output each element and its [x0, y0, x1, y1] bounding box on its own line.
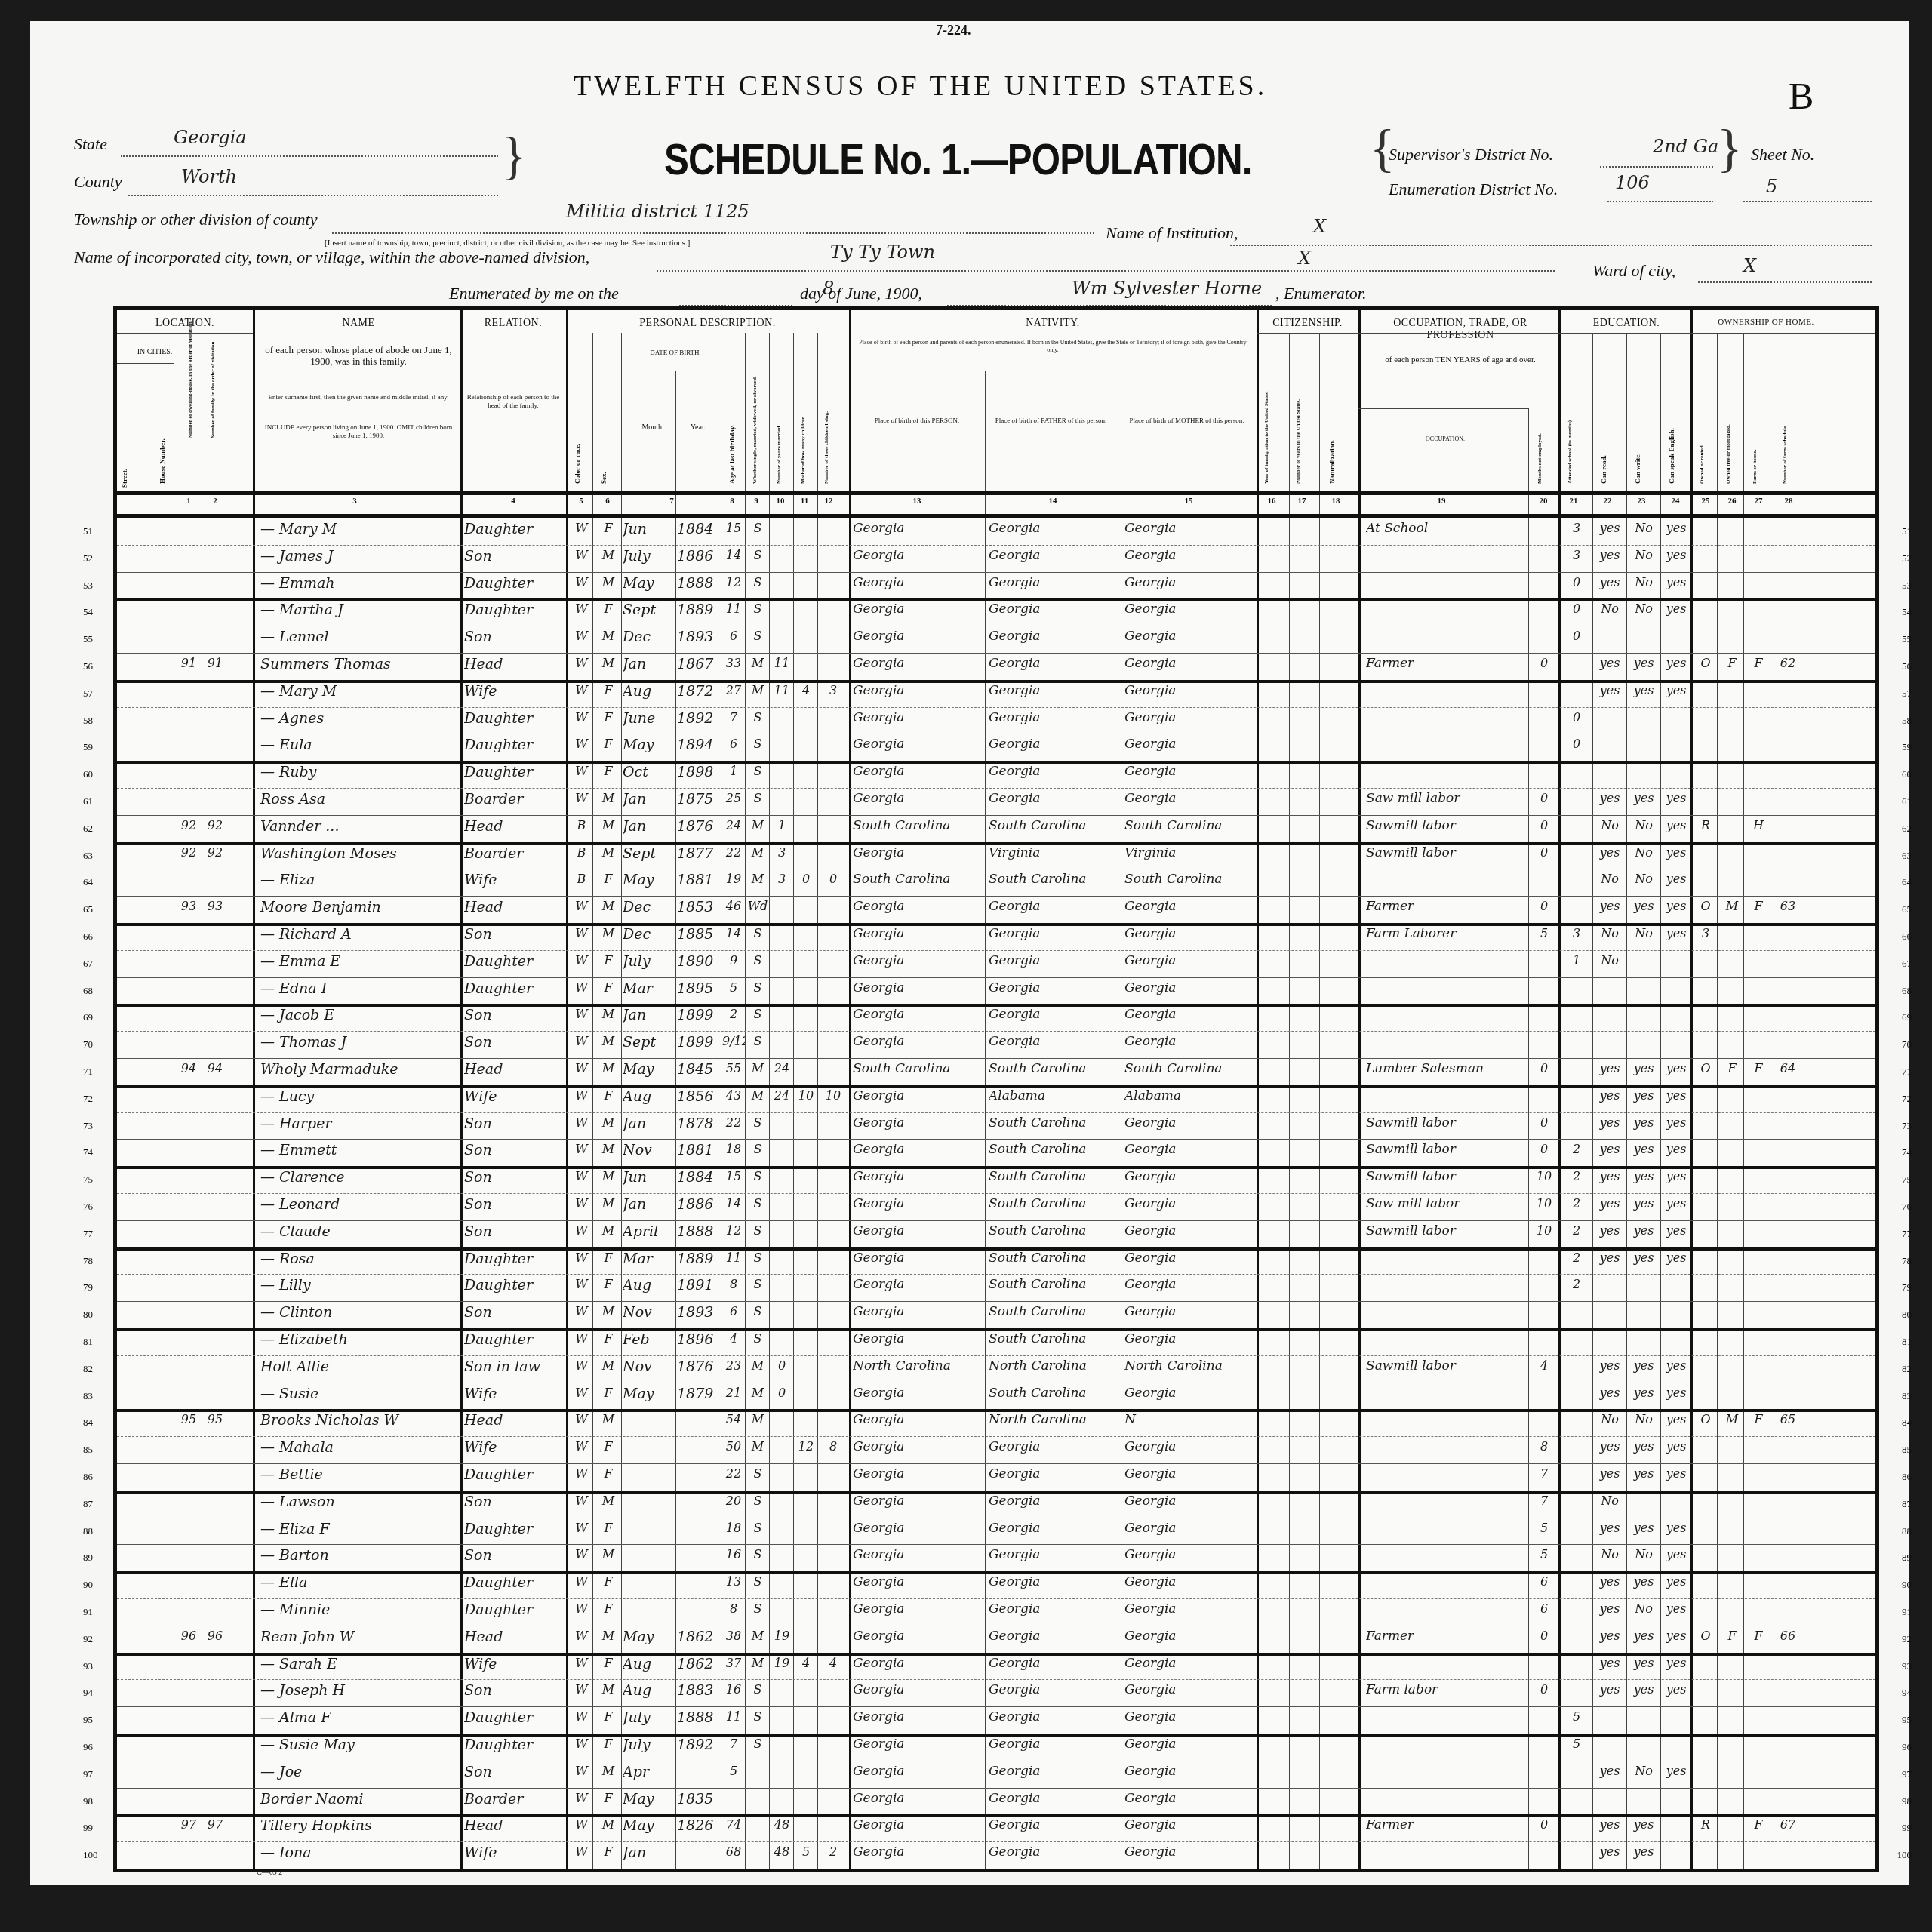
birthplace-mother-cell: Georgia: [1124, 980, 1254, 995]
table-row: 6666— Richard ASonWMDec188514SGeorgiaGeo…: [117, 923, 1875, 951]
relation-cell: Daughter: [464, 953, 564, 970]
birth-year-cell: 1899: [677, 1034, 721, 1051]
sheet-field[interactable]: 5: [1766, 176, 1777, 197]
family-number: 97: [204, 1817, 226, 1832]
birthplace-person-cell: Georgia: [853, 1547, 983, 1562]
birth-person-header: Place of birth of this PERSON.: [853, 416, 981, 425]
marital-cell: S: [746, 1277, 769, 1291]
marital-cell: S: [746, 575, 769, 589]
enumerated-month-label: day of June, 1900,: [800, 284, 922, 303]
farm-schedule-cell: 67: [1773, 1817, 1803, 1832]
months-unemployed-cell: 7: [1532, 1494, 1556, 1508]
dwelling-number: 92: [177, 818, 200, 832]
color-cell: W: [572, 1791, 591, 1805]
birthplace-person-cell: Georgia: [853, 1629, 983, 1644]
birthplace-father-cell: Georgia: [989, 548, 1118, 563]
can-read-cell: yes: [1595, 1196, 1625, 1211]
line-number-left: 72: [83, 1093, 93, 1105]
marital-cell: S: [746, 1547, 769, 1561]
line-number-left: 92: [83, 1633, 93, 1645]
color-cell: W: [572, 1764, 591, 1778]
name-desc: of each person whose place of abode on J…: [264, 344, 453, 367]
color-cell: W: [572, 1629, 591, 1643]
name-cell: — Mary M: [260, 521, 458, 537]
birth-month-cell: Jan: [623, 656, 675, 672]
enumerator-label: , Enumerator.: [1275, 284, 1366, 303]
birthplace-mother-cell: Georgia: [1124, 1494, 1254, 1509]
relation-cell: Daughter: [464, 521, 564, 537]
birthplace-mother-cell: Georgia: [1124, 1764, 1254, 1779]
birthplace-person-cell: Georgia: [853, 1115, 983, 1131]
color-cell: W: [572, 791, 591, 805]
birthplace-father-cell: Georgia: [989, 1439, 1118, 1454]
school-months-cell: 0: [1562, 575, 1591, 589]
line-number-left: 86: [83, 1471, 93, 1483]
can-read-cell: No: [1595, 1494, 1625, 1508]
name-cell: — Mary M: [260, 683, 458, 700]
birth-year-cell: 1867: [677, 656, 721, 672]
relation-cell: Boarder: [464, 845, 564, 862]
months-unemployed-cell: 4: [1532, 1358, 1556, 1373]
children-living-cell: 2: [819, 1844, 848, 1859]
name-cell: Border Naomi: [260, 1791, 458, 1807]
months-unemployed-cell: 0: [1532, 1142, 1556, 1156]
speak-english-cell: yes: [1663, 1629, 1690, 1643]
marital-cell: S: [746, 1007, 769, 1021]
can-read-cell: yes: [1595, 1682, 1625, 1697]
speak-english-cell: yes: [1663, 1764, 1690, 1778]
color-cell: W: [572, 683, 591, 697]
sex-cell: F: [597, 953, 620, 968]
school-months-cell: 1: [1562, 953, 1591, 968]
birthplace-mother-cell: Georgia: [1124, 1547, 1254, 1562]
birth-year-cell: 1876: [677, 818, 721, 835]
sex-cell: F: [597, 601, 620, 616]
can-read-cell: yes: [1595, 1115, 1625, 1130]
occupation-cell: At School: [1366, 521, 1526, 536]
line-number-left: 54: [83, 606, 93, 618]
relation-cell: Son: [464, 1547, 564, 1564]
table-row: 100100— IonaWifeWFJan684852GeorgiaGeorgi…: [117, 1841, 1875, 1869]
birth-year-cell: 1892: [677, 710, 721, 727]
birthplace-father-cell: Georgia: [989, 601, 1118, 617]
marital-cell: S: [746, 1494, 769, 1508]
line-number-left: 71: [83, 1066, 93, 1078]
table-row: 8383— SusieWifeWFMay187921M0GeorgiaSouth…: [117, 1383, 1875, 1413]
line-number-left: 80: [83, 1309, 93, 1321]
marital-cell: S: [746, 1034, 769, 1048]
name-cell: Moore Benjamin: [260, 899, 458, 915]
township-field[interactable]: Militia district 1125: [566, 201, 749, 222]
group-location: LOCATION.: [117, 318, 253, 330]
color-cell: W: [572, 656, 591, 670]
birthplace-father-cell: Georgia: [989, 1737, 1118, 1752]
can-read-cell: No: [1595, 926, 1625, 940]
occupation-cell: Farmer: [1366, 656, 1526, 671]
can-read-cell: yes: [1595, 845, 1625, 860]
color-cell: W: [572, 1304, 591, 1318]
can-write-cell: yes: [1629, 1196, 1659, 1211]
name-cell: — Agnes: [260, 710, 458, 727]
birthplace-father-cell: South Carolina: [989, 1386, 1118, 1401]
age-cell: 9: [722, 953, 745, 968]
birthplace-father-cell: Georgia: [989, 1521, 1118, 1536]
supervisor-field[interactable]: 2nd Ga: [1653, 136, 1718, 157]
years-married-cell: 0: [771, 1386, 793, 1400]
table-row: 6060— RubyDaughterWFOct18981SGeorgiaGeor…: [117, 761, 1875, 789]
name-cell: — Richard A: [260, 926, 458, 943]
birth-month-cell: Nov: [623, 1304, 675, 1321]
can-read-cell: No: [1595, 1547, 1625, 1561]
birthplace-father-cell: South Carolina: [989, 1277, 1118, 1292]
color-cell: W: [572, 1521, 591, 1535]
line-number-right: 97: [1902, 1768, 1912, 1780]
line-number-right: 64: [1902, 876, 1912, 888]
marital-cell: S: [746, 1521, 769, 1535]
ward-field[interactable]: X: [1743, 255, 1756, 276]
birthplace-person-cell: Georgia: [853, 1656, 983, 1671]
birthplace-father-cell: Georgia: [989, 926, 1118, 941]
birthplace-mother-cell: South Carolina: [1124, 818, 1254, 833]
county-field[interactable]: Worth: [181, 166, 237, 187]
name-cell: — Joe: [260, 1764, 458, 1780]
can-read-cell: yes: [1595, 899, 1625, 913]
relation-cell: Son: [464, 1142, 564, 1158]
color-cell: W: [572, 1142, 591, 1156]
can-read-cell: yes: [1595, 1521, 1625, 1535]
marital-cell: M: [746, 845, 769, 860]
can-read-cell: yes: [1595, 1817, 1625, 1832]
relation-cell: Daughter: [464, 601, 564, 618]
vh-write: Can write.: [1634, 423, 1641, 484]
occupation-cell: Saw mill labor: [1366, 1196, 1526, 1211]
birthplace-person-cell: Georgia: [853, 791, 983, 806]
table-row: 7070— Thomas JSonWMSept18999/12SGeorgiaG…: [117, 1031, 1875, 1059]
line-number-left: 64: [83, 876, 93, 888]
table-row: 5757— Mary MWifeWFAug187227M1143GeorgiaG…: [117, 680, 1875, 708]
sheet-label: Sheet No.: [1751, 145, 1814, 165]
mother-of-cell: 4: [795, 1656, 817, 1670]
table-row: 7777— ClaudeSonWMApril188812SGeorgiaSout…: [117, 1220, 1875, 1251]
line-number-right: 82: [1902, 1363, 1912, 1375]
birth-year-cell: 1890: [677, 953, 721, 970]
age-cell: 55: [722, 1061, 745, 1075]
table-row: 9494— Joseph HSonWMAug188316SGeorgiaGeor…: [117, 1679, 1875, 1707]
age-cell: 14: [722, 1196, 745, 1211]
line-number-left: 78: [83, 1255, 93, 1267]
color-cell: W: [572, 1196, 591, 1211]
table-row: 7878— RosaDaughterWFMar188911SGeorgiaSou…: [117, 1247, 1875, 1275]
can-read-cell: yes: [1595, 791, 1625, 805]
county-label: County: [74, 172, 122, 192]
can-write-cell: yes: [1629, 1251, 1659, 1265]
months-unemployed-cell: 0: [1532, 1682, 1556, 1697]
birthplace-mother-cell: Georgia: [1124, 1169, 1254, 1184]
birthplace-mother-cell: Georgia: [1124, 1115, 1254, 1131]
free-mortgaged-cell: F: [1721, 656, 1743, 670]
name-cell: — Clinton: [260, 1304, 458, 1321]
birthplace-person-cell: Georgia: [853, 1331, 983, 1346]
birth-month-cell: July: [623, 953, 675, 970]
age-cell: 6: [722, 1304, 745, 1318]
enumerator-field[interactable]: Wm Sylvester Horne: [1072, 278, 1262, 299]
vh-sex: Sex.: [600, 454, 608, 484]
marital-cell: M: [746, 1629, 769, 1643]
marital-cell: M: [746, 1386, 769, 1400]
can-write-cell: No: [1629, 1601, 1659, 1616]
enumeration-label: Enumeration District No.: [1389, 180, 1558, 199]
owned-rented-cell: O: [1694, 1412, 1717, 1426]
line-number-right: 57: [1902, 688, 1912, 700]
years-married-cell: 24: [771, 1088, 793, 1103]
line-number-left: 100: [83, 1849, 98, 1861]
table-row: 8585— MahalaWifeWF50M128GeorgiaGeorgiaGe…: [117, 1436, 1875, 1464]
children-living-cell: 4: [819, 1656, 848, 1670]
birthplace-person-cell: Georgia: [853, 764, 983, 779]
can-write-cell: yes: [1629, 683, 1659, 697]
name-cell: — Barton: [260, 1547, 458, 1564]
color-cell: W: [572, 1844, 591, 1859]
birthplace-mother-cell: Georgia: [1124, 1629, 1254, 1644]
can-read-cell: yes: [1595, 1169, 1625, 1183]
birthplace-father-cell: Georgia: [989, 1817, 1118, 1832]
marital-cell: S: [746, 1115, 769, 1130]
marital-cell: S: [746, 953, 769, 968]
color-cell: W: [572, 1277, 591, 1291]
school-months-cell: 0: [1562, 737, 1591, 751]
can-read-cell: yes: [1595, 1358, 1625, 1373]
school-months-cell: 0: [1562, 710, 1591, 724]
birthplace-mother-cell: Georgia: [1124, 1223, 1254, 1238]
can-read-cell: yes: [1595, 1764, 1625, 1778]
vh-english: Can speak English.: [1668, 386, 1675, 484]
age-cell: 2: [722, 1007, 745, 1021]
line-number-left: 70: [83, 1038, 93, 1051]
birthplace-father-cell: Virginia: [989, 845, 1118, 860]
color-cell: B: [572, 845, 591, 860]
color-cell: W: [572, 601, 591, 616]
marital-cell: S: [746, 1601, 769, 1616]
color-cell: W: [572, 899, 591, 913]
name-cell: — Jacob E: [260, 1007, 458, 1023]
line-number-right: 61: [1902, 795, 1912, 808]
name-cell: — Minnie: [260, 1601, 458, 1618]
can-read-cell: No: [1595, 1412, 1625, 1426]
birth-year-cell: 1898: [677, 764, 721, 780]
birthplace-person-cell: Georgia: [853, 1601, 983, 1617]
color-cell: W: [572, 1439, 591, 1454]
marital-cell: M: [746, 683, 769, 697]
line-number-right: 96: [1902, 1741, 1912, 1753]
name-cell: Ross Asa: [260, 791, 458, 808]
line-number-right: 95: [1902, 1714, 1912, 1726]
can-write-cell: No: [1629, 1764, 1659, 1778]
age-cell: 12: [722, 575, 745, 589]
relation-cell: Son: [464, 1682, 564, 1699]
state-field[interactable]: Georgia: [174, 127, 247, 148]
sex-cell: F: [597, 521, 620, 535]
occupation-cell: Sawmill labor: [1366, 1169, 1526, 1184]
relation-cell: Head: [464, 818, 564, 835]
speak-english-cell: yes: [1663, 601, 1690, 616]
can-write-cell: No: [1629, 601, 1659, 616]
age-cell: 11: [722, 1709, 745, 1724]
years-married-cell: 0: [771, 1358, 793, 1373]
birthplace-person-cell: Georgia: [853, 1494, 983, 1509]
marital-cell: Wd: [746, 899, 769, 913]
table-row: 63639292Washington MosesBoarderBMSept187…: [117, 842, 1875, 870]
birth-year-cell: 1872: [677, 683, 721, 700]
color-cell: W: [572, 926, 591, 940]
sex-cell: F: [597, 1439, 620, 1454]
birth-month-cell: May: [623, 1629, 675, 1645]
birth-year-cell: 1881: [677, 872, 721, 888]
age-cell: 22: [722, 845, 745, 860]
name-cell: — Thomas J: [260, 1034, 458, 1051]
birthplace-mother-cell: Georgia: [1124, 601, 1254, 617]
relation-cell: Wife: [464, 1386, 564, 1402]
name-cell: — Lilly: [260, 1277, 458, 1294]
relation-cell: Son: [464, 1494, 564, 1510]
speak-english-cell: yes: [1663, 1061, 1690, 1075]
birthplace-person-cell: South Carolina: [853, 872, 983, 887]
table-row: 71719494Wholy MarmadukeHeadWMMay184555M2…: [117, 1058, 1875, 1088]
age-cell: 68: [722, 1844, 745, 1859]
can-write-cell: No: [1629, 926, 1659, 940]
city-field[interactable]: Ty Ty Town: [830, 241, 935, 263]
months-unemployed-cell: 0: [1532, 791, 1556, 805]
age-cell: 11: [722, 601, 745, 616]
name-cell: — Lucy: [260, 1088, 458, 1105]
birthplace-mother-cell: Georgia: [1124, 1007, 1254, 1022]
birth-month-cell: Dec: [623, 629, 675, 645]
birth-month-cell: Sept: [623, 1034, 675, 1051]
birth-month-cell: May: [623, 1386, 675, 1402]
sex-cell: M: [597, 1007, 620, 1021]
line-number-left: 75: [83, 1174, 93, 1186]
family-number: 92: [204, 818, 226, 832]
can-write-cell: No: [1629, 1547, 1659, 1561]
table-row: 8888— Eliza FDaughterWF18SGeorgiaGeorgia…: [117, 1518, 1875, 1546]
birth-month-cell: Aug: [623, 1277, 675, 1294]
birth-month-cell: Mar: [623, 1251, 675, 1267]
birthplace-mother-cell: Georgia: [1124, 1791, 1254, 1806]
can-write-cell: yes: [1629, 1521, 1659, 1535]
color-cell: W: [572, 953, 591, 968]
table-row: 9797— JoeSonWMApr5GeorgiaGeorgiaGeorgiay…: [117, 1761, 1875, 1789]
vh-color: Color or race.: [574, 401, 581, 484]
color-cell: W: [572, 1088, 591, 1103]
relation-cell: Wife: [464, 683, 564, 700]
can-write-cell: yes: [1629, 1439, 1659, 1454]
vh-owned: Owned or rented.: [1698, 371, 1706, 484]
name-cell: Washington Moses: [260, 845, 458, 862]
can-write-cell: yes: [1629, 656, 1659, 670]
line-number-left: 91: [83, 1606, 93, 1618]
relation-cell: Daughter: [464, 737, 564, 753]
birthplace-person-cell: Georgia: [853, 1034, 983, 1049]
birthplace-mother-cell: Georgia: [1124, 953, 1254, 968]
township-note: [Insert name of township, town, precinct…: [325, 238, 691, 248]
marital-cell: M: [746, 1656, 769, 1670]
sex-cell: M: [597, 656, 620, 670]
years-married-cell: 48: [771, 1844, 793, 1859]
school-months-cell: 0: [1562, 601, 1591, 616]
group-name: NAME: [257, 318, 460, 330]
years-married-cell: 48: [771, 1817, 793, 1832]
relation-cell: Daughter: [464, 1466, 564, 1483]
sex-cell: M: [597, 575, 620, 589]
can-read-cell: yes: [1595, 1088, 1625, 1103]
institution-field[interactable]: X: [1313, 216, 1326, 237]
years-married-cell: 11: [771, 683, 793, 697]
line-number-right: 89: [1902, 1552, 1912, 1564]
name-cell: — Harper: [260, 1115, 458, 1132]
line-number-left: 77: [83, 1228, 93, 1240]
can-read-cell: No: [1595, 818, 1625, 832]
birthplace-father-cell: Georgia: [989, 737, 1118, 752]
birthplace-father-cell: South Carolina: [989, 1331, 1118, 1346]
years-married-cell: 1: [771, 818, 793, 832]
nativity-desc: Place of birth of each person and parent…: [853, 339, 1253, 354]
months-unemployed-cell: 0: [1532, 818, 1556, 832]
relation-cell: Boarder: [464, 791, 564, 808]
name-cell: — Bettie: [260, 1466, 458, 1483]
speak-english-cell: yes: [1663, 656, 1690, 670]
family-number: 91: [204, 656, 226, 670]
can-read-cell: yes: [1595, 1656, 1625, 1670]
birthplace-mother-cell: Georgia: [1124, 1142, 1254, 1157]
line-number-left: 67: [83, 958, 93, 970]
birthplace-person-cell: Georgia: [853, 1521, 983, 1536]
sex-cell: M: [597, 791, 620, 805]
can-write-cell: yes: [1629, 1629, 1659, 1643]
occupation-cell: Farmer: [1366, 1629, 1526, 1644]
speak-english-cell: yes: [1663, 1196, 1690, 1211]
birthplace-person-cell: Georgia: [853, 1007, 983, 1022]
table-row: 5151— Mary MDaughterWFJun188415SGeorgiaG…: [117, 518, 1875, 546]
enumeration-field[interactable]: 106: [1615, 172, 1650, 193]
name-cell: — Ella: [260, 1574, 458, 1591]
birthplace-father-cell: Georgia: [989, 710, 1118, 725]
sex-cell: M: [597, 1547, 620, 1561]
group-personal: PERSONAL DESCRIPTION.: [566, 318, 849, 330]
school-months-cell: 2: [1562, 1169, 1591, 1183]
birth-year-cell: 1884: [677, 1169, 721, 1186]
line-number-right: 80: [1902, 1309, 1912, 1321]
line-number-right: 78: [1902, 1255, 1912, 1267]
sex-cell: F: [597, 1709, 620, 1724]
name-cell: — Rosa: [260, 1251, 458, 1267]
line-number-right: 76: [1902, 1201, 1912, 1213]
birth-year-cell: 1862: [677, 1629, 721, 1645]
farm-house-cell: H: [1747, 818, 1770, 832]
birth-month-cell: Nov: [623, 1142, 675, 1158]
birth-year-cell: 1889: [677, 601, 721, 618]
age-cell: 5: [722, 1764, 745, 1778]
sex-cell: F: [597, 1737, 620, 1751]
birth-month-cell: Dec: [623, 926, 675, 943]
sex-cell: F: [597, 683, 620, 697]
table-row: 9191— MinnieDaughterWF8SGeorgiaGeorgiaGe…: [117, 1598, 1875, 1626]
marital-cell: M: [746, 1358, 769, 1373]
can-write-cell: yes: [1629, 1656, 1659, 1670]
birth-year-cell: 1885: [677, 926, 721, 943]
age-cell: 6: [722, 737, 745, 751]
birth-year-cell: 1884: [677, 521, 721, 537]
years-married-cell: 19: [771, 1656, 793, 1670]
line-number-right: 85: [1902, 1444, 1912, 1456]
